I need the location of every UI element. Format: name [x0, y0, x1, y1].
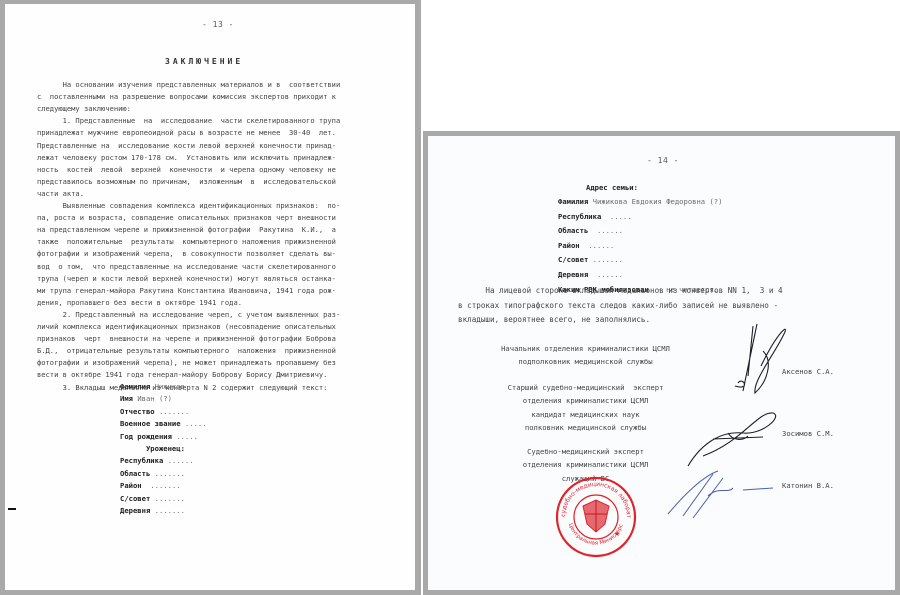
- field-value: Иван (?): [137, 394, 172, 403]
- text-line: вод о том, что представленные на исследо…: [37, 263, 336, 270]
- text-line: На основании изучения представленных мат…: [37, 81, 340, 88]
- insert-field: Уроженец:: [120, 444, 189, 453]
- field-value: .....: [606, 212, 632, 221]
- field-value: .......: [155, 506, 185, 515]
- insert-field: Военное звание .....: [120, 419, 207, 428]
- text-line: также положительные результаты компьютер…: [37, 238, 336, 245]
- field-label: Область: [558, 226, 588, 235]
- signatory-name: Катонин В.А.: [782, 481, 834, 490]
- family-address-heading: Адрес семьи:: [586, 183, 638, 192]
- field-value: .......: [593, 255, 623, 264]
- text-line: ность костей левой верхней конечности и …: [37, 166, 336, 173]
- text-line: Б.Д., отрицательные результаты компьютер…: [37, 347, 336, 354]
- field-value: .......: [155, 469, 185, 478]
- text-line: фотографии и изображений черепа, в совок…: [37, 250, 336, 257]
- signature-zosimov-icon: [683, 411, 793, 471]
- text-line: ми трупа генерал-майора Ракутина Констан…: [37, 287, 336, 294]
- text-line: принадлежат мужчине европеоидной расы в …: [37, 129, 336, 136]
- page-number: - 14 -: [647, 156, 679, 165]
- signatory-block: Начальник отделения криминалистики ЦСМЛп…: [473, 342, 698, 369]
- field-label: Деревня: [558, 270, 588, 279]
- field-label: Имя: [120, 394, 133, 403]
- signature-katonin-icon: [663, 466, 783, 521]
- field-label: Фамилия: [120, 382, 150, 391]
- field-label: Район: [558, 241, 580, 250]
- field-value: Чижиков: [155, 382, 185, 391]
- field-value: ......: [584, 241, 614, 250]
- field-label: Год рождения: [120, 432, 172, 441]
- family-field: Республика .....: [558, 212, 632, 221]
- text-line: в строках типографского текста следов ка…: [458, 302, 778, 310]
- text-line: вкладыши, вероятнее всего, не заполнялис…: [458, 316, 650, 324]
- signature-aksenov-icon: [733, 321, 803, 401]
- field-label: Республика: [120, 456, 163, 465]
- signatory-title: Начальник отделения криминалистики ЦСМЛ: [473, 342, 698, 355]
- field-value: .....: [176, 432, 198, 441]
- insert-field: Район .......: [120, 481, 181, 490]
- margin-mark: [8, 508, 16, 510]
- signatory-title: Судебно-медицинский эксперт: [473, 445, 698, 458]
- insert-field: Имя Иван (?): [120, 394, 172, 403]
- family-field: Деревня ......: [558, 270, 623, 279]
- insert-field: Фамилия Чижиков: [120, 382, 185, 391]
- text-line: представилось возможным по причинам, изл…: [37, 178, 336, 185]
- text-line: па, роста и возраста, совпадение описате…: [37, 214, 336, 221]
- document-title: ЗАКЛЮЧЕНИЕ: [165, 57, 243, 66]
- text-line: с поставленными на разрешение вопросами …: [37, 93, 336, 100]
- field-value: .......: [146, 481, 181, 490]
- page-13: - 13 - ЗАКЛЮЧЕНИЕ На основании изучения …: [5, 4, 415, 590]
- text-line: 1. Представленные на исследование части …: [37, 117, 340, 124]
- signatory-title: отделения криминалистики ЦСМЛ: [473, 394, 698, 407]
- insert-field: Год рождения .....: [120, 432, 198, 441]
- family-field: Район ......: [558, 241, 614, 250]
- insert-field: Деревня .......: [120, 506, 185, 515]
- text-line: личий комплекса идентификационных призна…: [37, 323, 336, 330]
- page-13-frame: - 13 - ЗАКЛЮЧЕНИЕ На основании изучения …: [0, 0, 421, 595]
- field-label: Военное звание: [120, 419, 181, 428]
- signatory-title: кандидат медицинских наук: [473, 408, 698, 421]
- field-value: ......: [593, 226, 623, 235]
- field-label: С/совет: [120, 494, 150, 503]
- text-line: дения, пропавшего без вести в октябре 19…: [37, 299, 242, 306]
- field-value: .....: [185, 419, 207, 428]
- field-label: Деревня: [120, 506, 150, 515]
- text-line: части акта.: [37, 190, 84, 197]
- field-value: Чижикова Евдокия Федоровна (?): [593, 197, 723, 206]
- field-label: Республика: [558, 212, 601, 221]
- text-line: признаков черт внешности на черепе и при…: [37, 335, 336, 342]
- field-label: Фамилия: [558, 197, 588, 206]
- family-field: Фамилия Чижикова Евдокия Федоровна (?): [558, 197, 722, 206]
- text-line: На лицевой стороне вкладышей медальонов …: [458, 287, 783, 295]
- insert-field: Республика ......: [120, 456, 194, 465]
- insert-field: Отчество .......: [120, 407, 189, 416]
- page-14: - 14 - Адрес семьи: Фамилия Чижикова Евд…: [428, 136, 895, 590]
- family-field: Область ......: [558, 226, 623, 235]
- text-line: трупа (череп и кости левой верхней конеч…: [37, 275, 336, 282]
- field-value: .......: [159, 407, 189, 416]
- insert-field: Область .......: [120, 469, 185, 478]
- signatory-title: Старший судебно-медицинский эксперт: [473, 381, 698, 394]
- text-line: вести в октябре 1941 года генерал-майору…: [37, 371, 327, 378]
- insert-field: С/совет .......: [120, 494, 185, 503]
- text-line: Представленные на исследование кости лев…: [37, 142, 336, 149]
- field-value: .......: [155, 494, 185, 503]
- signatory-title: подполковник медицинской службы: [473, 355, 698, 368]
- text-line: следующему заключению:: [37, 105, 131, 112]
- field-label: Отчество: [120, 407, 155, 416]
- field-value: ......: [593, 270, 623, 279]
- field-label: Область: [120, 469, 150, 478]
- official-seal-icon: судебно-медицинская лаборатория Централь…: [555, 476, 637, 558]
- text-line: лежат человеку ростом 170-178 см. Устано…: [37, 154, 336, 161]
- text-line: фотографии и изображений черепа), не мож…: [37, 359, 336, 366]
- field-label: С/совет: [558, 255, 588, 264]
- text-line: на представленном черепе и прижизненной …: [37, 226, 336, 233]
- field-label: Район: [120, 481, 142, 490]
- text-line: Выявленные совпадения комплекса идентифи…: [37, 202, 340, 209]
- text-line: 2. Представленный на исследование череп,…: [37, 311, 340, 318]
- signatory-title: полковник медицинской службы: [473, 421, 698, 434]
- signatory-block: Старший судебно-медицинский экспертотдел…: [473, 381, 698, 435]
- family-field: С/совет .......: [558, 255, 623, 264]
- page-14-frame: - 14 - Адрес семьи: Фамилия Чижикова Евд…: [423, 131, 900, 595]
- field-label: Уроженец:: [120, 444, 185, 453]
- field-value: ......: [168, 456, 194, 465]
- page-number: - 13 -: [202, 20, 234, 29]
